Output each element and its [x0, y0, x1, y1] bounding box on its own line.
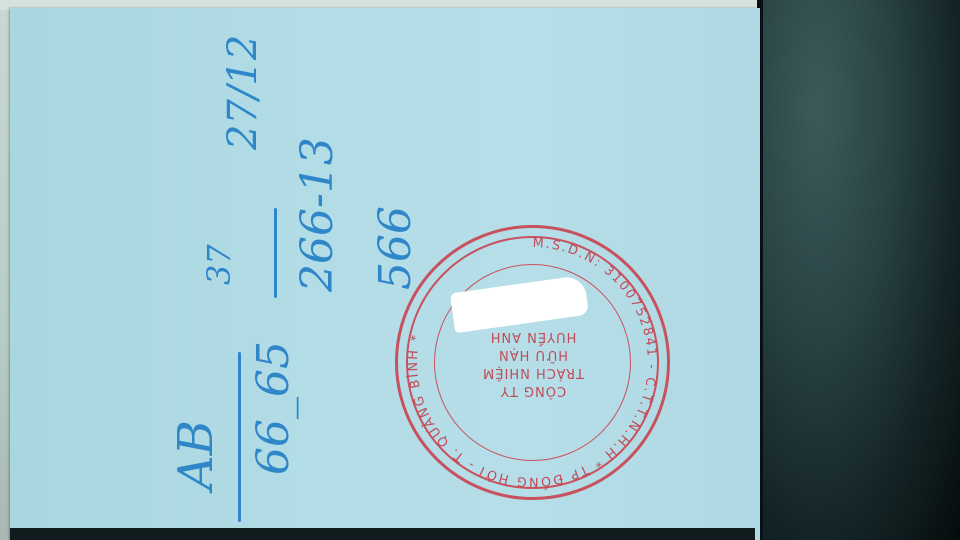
divider-line: [274, 208, 277, 298]
seal-line-2: TRÁCH NHIỆM: [482, 363, 584, 381]
handwritten-fraction-top: AB: [168, 420, 224, 490]
seal-line-4: HUYỀN ANH: [482, 327, 584, 345]
handwritten-fraction-bottom: 66_65: [248, 341, 299, 475]
handwritten-note-37: 37: [200, 244, 238, 285]
seal-center-text: CÔNG TY TRÁCH NHIỆM HỮU HẠN HUYỀN ANH: [482, 327, 584, 399]
handwritten-date: 27/12: [220, 35, 266, 150]
seal-line-1: CÔNG TY: [482, 381, 584, 399]
bottom-edge: [10, 528, 755, 540]
dark-surface: [757, 0, 960, 540]
fraction-line: [238, 352, 241, 522]
seal-line-3: HỮU HẠN: [482, 345, 584, 363]
handwritten-note-266: 266-13: [292, 137, 343, 292]
photo-scene: 27/12 AB 66_65 37 266-13 566 M.S.D.N: 31…: [0, 0, 960, 540]
company-seal: M.S.D.N: 3100752841 - C.T.T.N.H.H * TP Đ…: [395, 225, 670, 500]
